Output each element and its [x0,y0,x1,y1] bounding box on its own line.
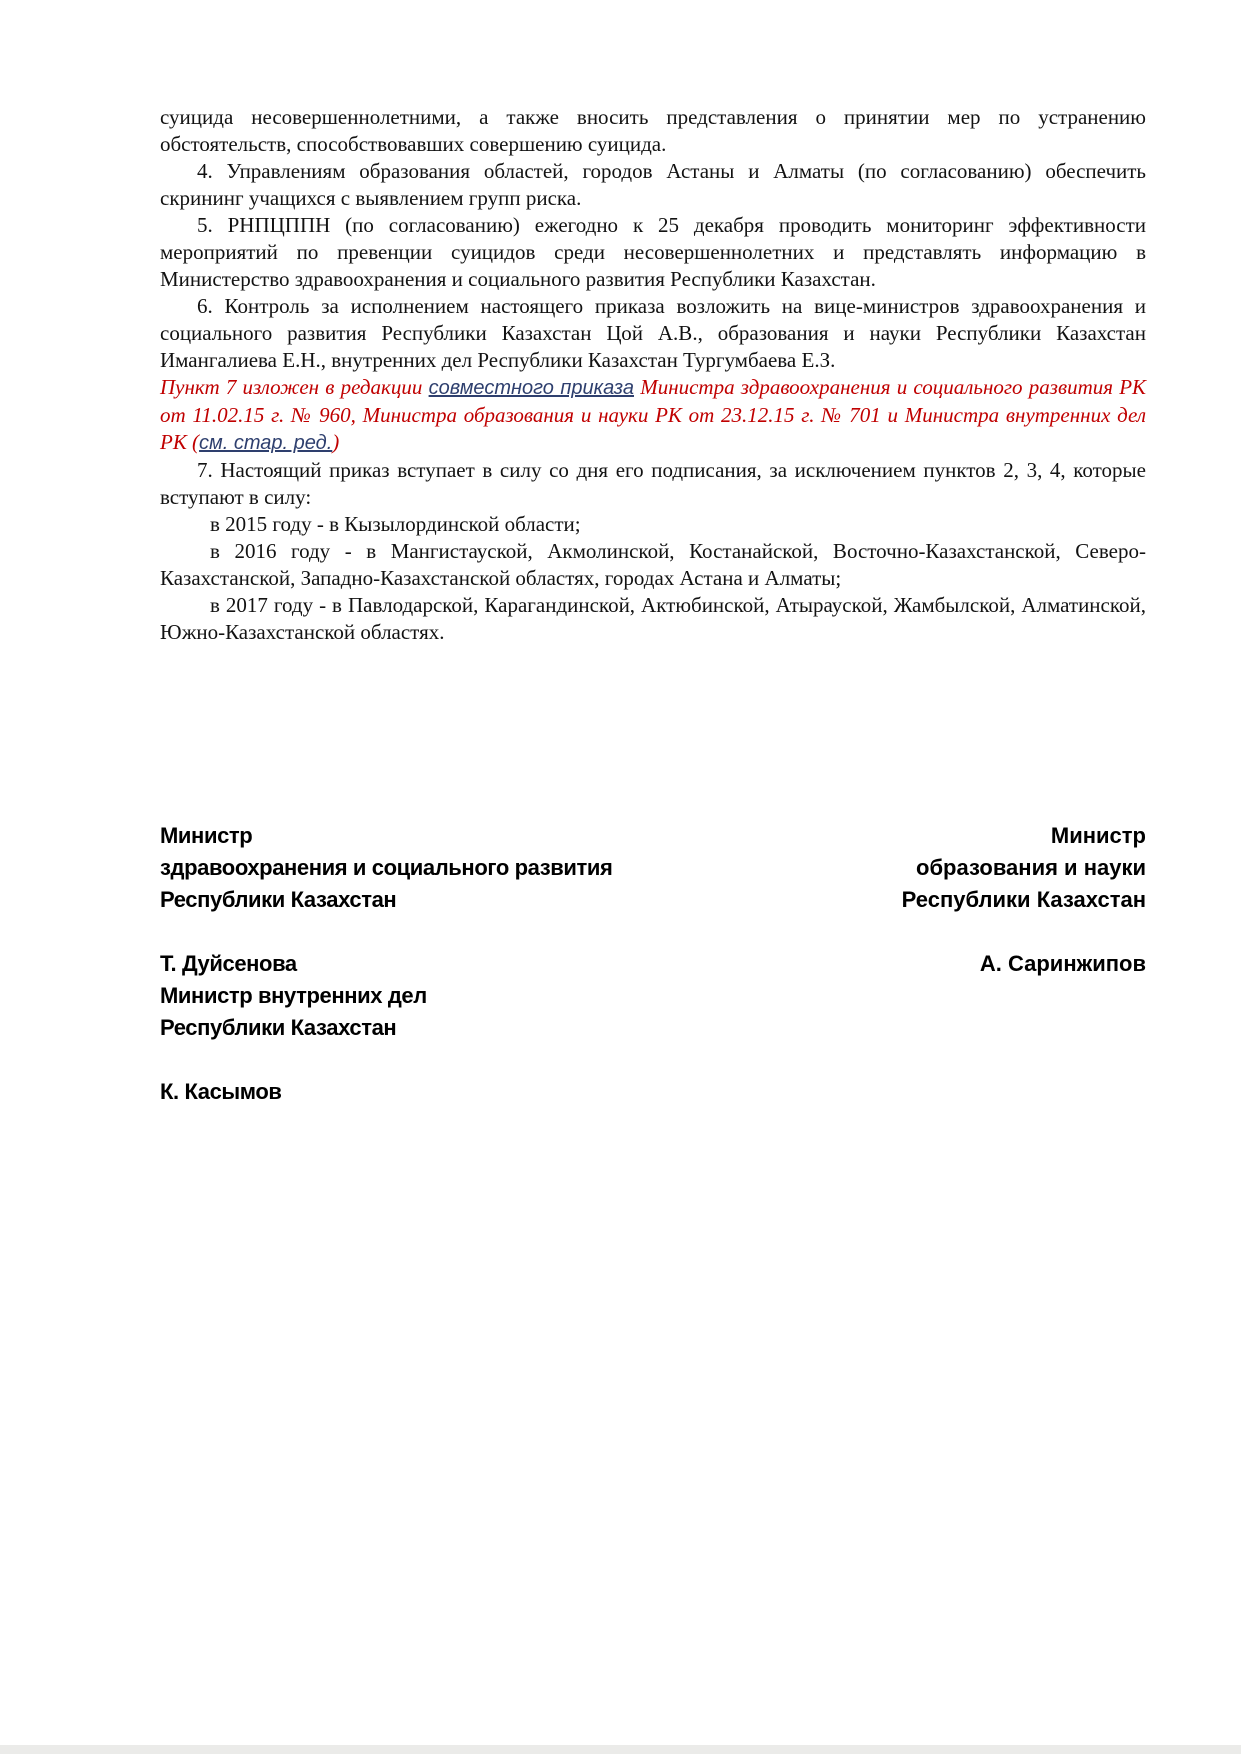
signature-row-names: К. Касымов [160,1076,1146,1108]
joint-order-link[interactable]: совместного приказа [429,377,634,399]
signature-row: Министр внутренних дел [160,980,1146,1012]
paragraph-item-4: 4. Управлениям образования областей, гор… [160,158,1146,212]
signature-name-kasymov: К. Касымов [160,1076,282,1108]
paragraph-year-2015: в 2015 году - в Кызылординской области; [160,511,1146,538]
old-version-link[interactable]: см. стар. ред. [199,432,332,454]
signature-right-title: Министр [1051,820,1146,852]
signature-left-mvd-title-line2: Республики Казахстан [160,1012,396,1044]
signature-row: здравоохранения и социального развития о… [160,852,1146,884]
signature-right-title-line2: образования и науки [916,852,1146,884]
signature-left-title-line2: здравоохранения и социального развития [160,852,612,884]
signature-left-mvd-title: Министр внутренних дел [160,980,427,1012]
signature-row: Республики Казахстан Республики Казахста… [160,884,1146,916]
signature-left-title-line3: Республики Казахстан [160,884,396,916]
paragraph-year-2017: в 2017 году - в Павлодарской, Карагандин… [160,592,1146,646]
document-text: суицида несовершеннолетними, а также вно… [160,104,1146,646]
paragraph-item-7: 7. Настоящий приказ вступает в силу со д… [160,457,1146,511]
signature-row-spacer [160,1044,1146,1076]
signature-right-title-line3: Республики Казахстан [902,884,1146,916]
paragraph-amendment-note: Пункт 7 изложен в редакции совместного п… [160,374,1146,457]
paragraph-item-5: 5. РНПЦППН (по согласованию) ежегодно к … [160,212,1146,293]
paragraph-item-6: 6. Контроль за исполнением настоящего пр… [160,293,1146,374]
page-bottom-edge [0,1745,1241,1754]
signature-block: Министр Министр здравоохранения и социал… [160,820,1146,1108]
signature-row: Министр Министр [160,820,1146,852]
document-page: суицида несовершеннолетними, а также вно… [0,0,1241,1754]
signature-row-names: Т. Дуйсенова А. Саринжипов [160,948,1146,980]
signature-row-spacer [160,916,1146,948]
amendment-text-part3: ) [332,430,339,454]
signature-left-title: Министр [160,820,252,852]
paragraph-year-2016: в 2016 году - в Мангистауской, Акмолинск… [160,538,1146,592]
signature-row: Республики Казахстан [160,1012,1146,1044]
paragraph-continuation: суицида несовершеннолетними, а также вно… [160,104,1146,158]
amendment-text-part1: Пункт 7 изложен в редакции [160,375,429,399]
signature-name-duysenova: Т. Дуйсенова [160,948,297,980]
signature-name-sarinzhipov: А. Саринжипов [980,948,1146,980]
